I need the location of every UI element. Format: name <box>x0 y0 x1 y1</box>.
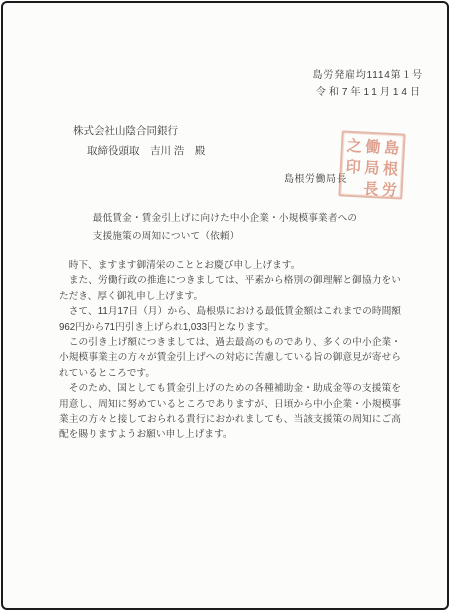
subject-line-1: 最低賃金・賃金引上げに向けた中小企業・小規模事業者への <box>93 210 357 228</box>
seal-character: 長 <box>361 177 381 200</box>
body-paragraph: また、労働行政の推進につきましては、平素から格別の御理解と御協力をいただき、厚く… <box>59 273 401 304</box>
official-red-seal: 島根労働局長之印 <box>338 130 405 199</box>
subject-line-2: 支援施策の周知について（依頼） <box>93 228 357 246</box>
seal-character: 根 <box>381 157 401 180</box>
seal-character: 働 <box>363 135 383 158</box>
seal-character: 労 <box>380 178 400 201</box>
body-paragraph: そのため、国としても賃金引上げのための各種補助金・助成金等の支援策を用意し、周知… <box>59 381 401 443</box>
seal-character: 印 <box>343 155 363 178</box>
seal-character: 局 <box>362 156 382 179</box>
sender-title: 島根労働局長 <box>284 170 347 185</box>
document-page: 島労発雇均1114第１号 令和7年11月14日 株式会社山陰合同銀行 取締役頭取… <box>1 1 449 610</box>
document-date: 令和7年11月14日 <box>316 83 423 98</box>
letter-body: 時下、ますます御清栄のこととお慶び申し上げます。また、労働行政の推進につきまして… <box>59 258 401 443</box>
seal-character: 之 <box>344 134 364 157</box>
recipient-person: 取締役頭取 吉川 浩 殿 <box>87 142 205 162</box>
body-paragraph: この引き上げ額につきましては、過去最高のものであり、多くの中小企業・小規模事業主… <box>59 335 401 381</box>
body-paragraph: さて、11月17日（月）から、島根県における最低賃金額はこれまでの時間額962円… <box>59 304 401 335</box>
body-paragraph: 時下、ますます御清栄のこととお慶び申し上げます。 <box>59 258 401 273</box>
seal-character: 島 <box>382 136 402 159</box>
recipient-block: 株式会社山陰合同銀行 取締役頭取 吉川 浩 殿 <box>73 122 205 161</box>
subject-block: 最低賃金・賃金引上げに向けた中小企業・小規模事業者への 支援施策の周知について（… <box>3 210 447 245</box>
recipient-company: 株式会社山陰合同銀行 <box>73 122 205 142</box>
document-number: 島労発雇均1114第１号 <box>313 66 423 81</box>
